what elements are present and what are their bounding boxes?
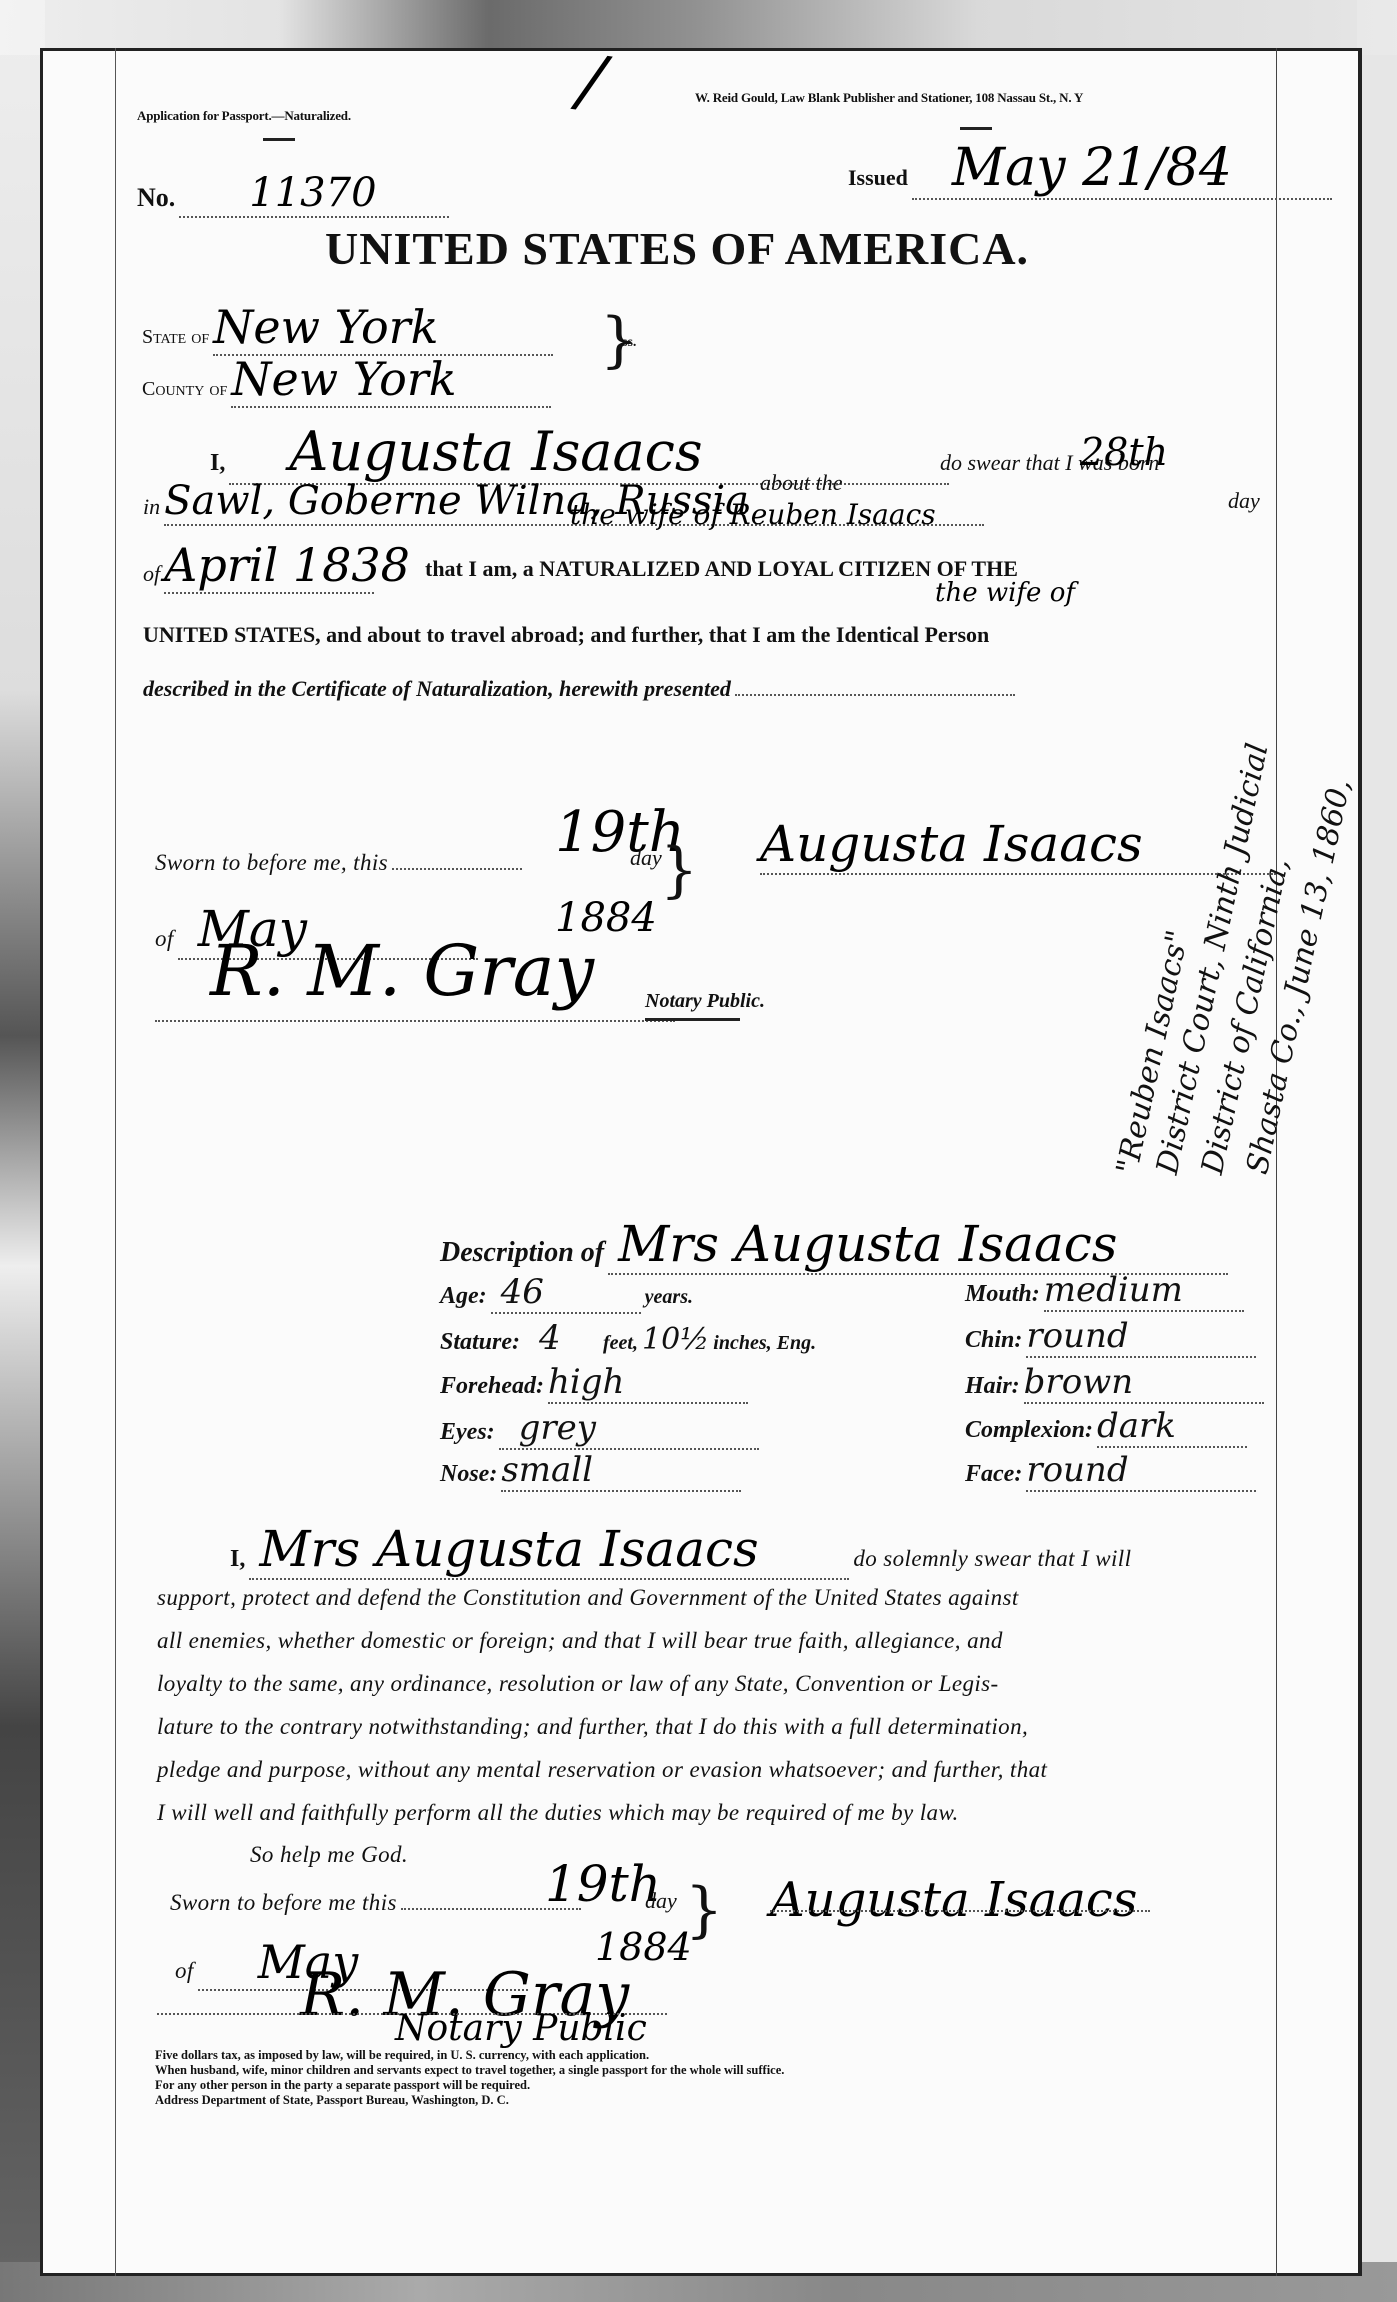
desc-complexion: Complexion: dark [965,1406,1247,1448]
stature-feet-value: 4 [524,1318,599,1358]
oath-line-1: I, Mrs Augusta Isaacs do solemnly swear … [230,1520,1131,1580]
issued-date-value: May 21/84 [912,138,1332,200]
county-field: County of New York [142,352,551,408]
sworn-text: Sworn to before me, this [155,850,388,875]
description-label: Description of [440,1237,604,1268]
stature-inches-value: 10½ [642,1322,709,1357]
second-jurat-day-label: day [645,1888,677,1914]
form-title: Application for Passport.—Naturalized. [137,108,351,124]
oath-line-7: I will well and faithfully perform all t… [157,1800,959,1826]
age-value: 46 [491,1272,641,1314]
number-label: No. [137,183,175,212]
state-value: New York [213,300,553,356]
desc-age: Age: 46 years. [440,1272,693,1314]
of-label: of [155,926,174,951]
first-jurat-line-1: Sworn to before me, this [155,850,522,876]
desc-mouth: Mouth: medium [965,1270,1244,1312]
hair-value: brown [1024,1362,1264,1404]
notary-public-label: Notary Public. [645,990,765,1013]
face-value: round [1026,1450,1256,1492]
in-label: in [143,494,160,519]
first-notary-signature: R. M. Gray [210,930,594,1012]
oath-closing: So help me God. [250,1842,408,1868]
citizen-text: that I am, a NATURALIZED AND LOYAL CITIZ… [425,556,1018,582]
desc-nose: Nose: small [440,1450,741,1492]
scan-edge-left [0,0,45,2302]
state-field: State of New York [142,300,553,356]
mouth-value: medium [1044,1270,1244,1312]
second-jurat-day-value: 19th [545,1855,661,1913]
second-applicant-signature: Augusta Isaacs [770,1872,1137,1928]
nose-value: small [501,1450,741,1492]
notary-signature-line [155,1020,675,1022]
publisher-rule [960,117,992,135]
form-title-rule [263,128,295,146]
application-number-value: 11370 [179,170,449,218]
first-jurat-brace: } [660,840,698,900]
oath-line-2: support, protect and defend the Constitu… [157,1585,1019,1611]
document-title: UNITED STATES OF AMERICA. [325,222,1029,275]
footer-note-3: For any other person in the party a sepa… [155,2078,530,2093]
about-text: about the [760,470,843,496]
affidavit-line-4: UNITED STATES, and about to travel abroa… [143,622,989,648]
desc-chin: Chin: round [965,1316,1256,1358]
first-applicant-signature-line [760,873,1276,875]
footer-note-1: Five dollars tax, as imposed by law, wil… [155,2048,649,2063]
notary-public-handwritten: Notary Public [395,2008,647,2049]
issued-label: Issued [848,165,908,190]
second-jurat-brace: } [685,1880,723,1940]
chin-value: round [1026,1316,1256,1358]
publisher-imprint: W. Reid Gould, Law Blank Publisher and S… [695,90,1083,106]
affidavit-line-5: described in the Certificate of Naturali… [143,676,1015,702]
birth-month-year-value: April 1838 [164,538,374,594]
county-label: County of [142,378,227,400]
forehead-value: high [548,1362,748,1404]
scan-edge-right [1357,0,1397,2302]
state-label: State of [142,326,209,348]
wife-of-insert-2: the wife of [935,578,1075,608]
i-label: I, [210,450,225,476]
first-jurat-day-label: day [630,845,662,871]
birth-day-value: 28th [1080,430,1168,474]
wife-of-insert: the wife of Reuben Isaacs [570,498,936,531]
oath-name-value: Mrs Augusta Isaacs [249,1520,849,1580]
scan-edge-top [0,0,1397,55]
oath-line-6: pledge and purpose, without any mental r… [157,1757,1047,1783]
ss-label: ss. [622,335,636,351]
first-applicant-signature: Augusta Isaacs [760,815,1143,873]
footer-note-2: When husband, wife, minor children and s… [155,2063,784,2078]
eyes-value: grey [499,1408,759,1450]
left-margin-rule [115,48,116,2276]
oath-line-5: lature to the contrary notwithstanding; … [157,1714,1028,1740]
desc-stature: Stature: 4 feet, 10½ inches, Eng. [440,1318,816,1358]
description-heading: Description of Mrs Augusta Isaacs [440,1215,1228,1275]
affidavit-line-3: of April 1838 [143,538,374,594]
description-subject: Mrs Augusta Isaacs [608,1215,1228,1275]
footer-note-4: Address Department of State, Passport Bu… [155,2093,509,2108]
oath-line-3: all enemies, whether domestic or foreign… [157,1628,1003,1654]
notary-flourish-rule [645,1018,740,1021]
desc-face: Face: round [965,1450,1256,1492]
oath-line-4: loyalty to the same, any ordinance, reso… [157,1671,999,1697]
second-applicant-signature-line [770,1910,1150,1912]
of-label: of [143,561,160,586]
application-number-field: No. 11370 [137,170,449,218]
complexion-value: dark [1097,1406,1247,1448]
desc-forehead: Forehead: high [440,1362,748,1404]
second-jurat-line-1: Sworn to before me this [170,1890,581,1916]
issued-date-field: Issued May 21/84 [848,138,1332,200]
day-label: day [1228,488,1260,514]
desc-eyes: Eyes: grey [440,1408,759,1450]
county-value: New York [231,352,551,408]
oath-i-label: I, [230,1546,245,1572]
second-sworn-text: Sworn to before me this [170,1890,397,1915]
desc-hair: Hair: brown [965,1362,1264,1404]
